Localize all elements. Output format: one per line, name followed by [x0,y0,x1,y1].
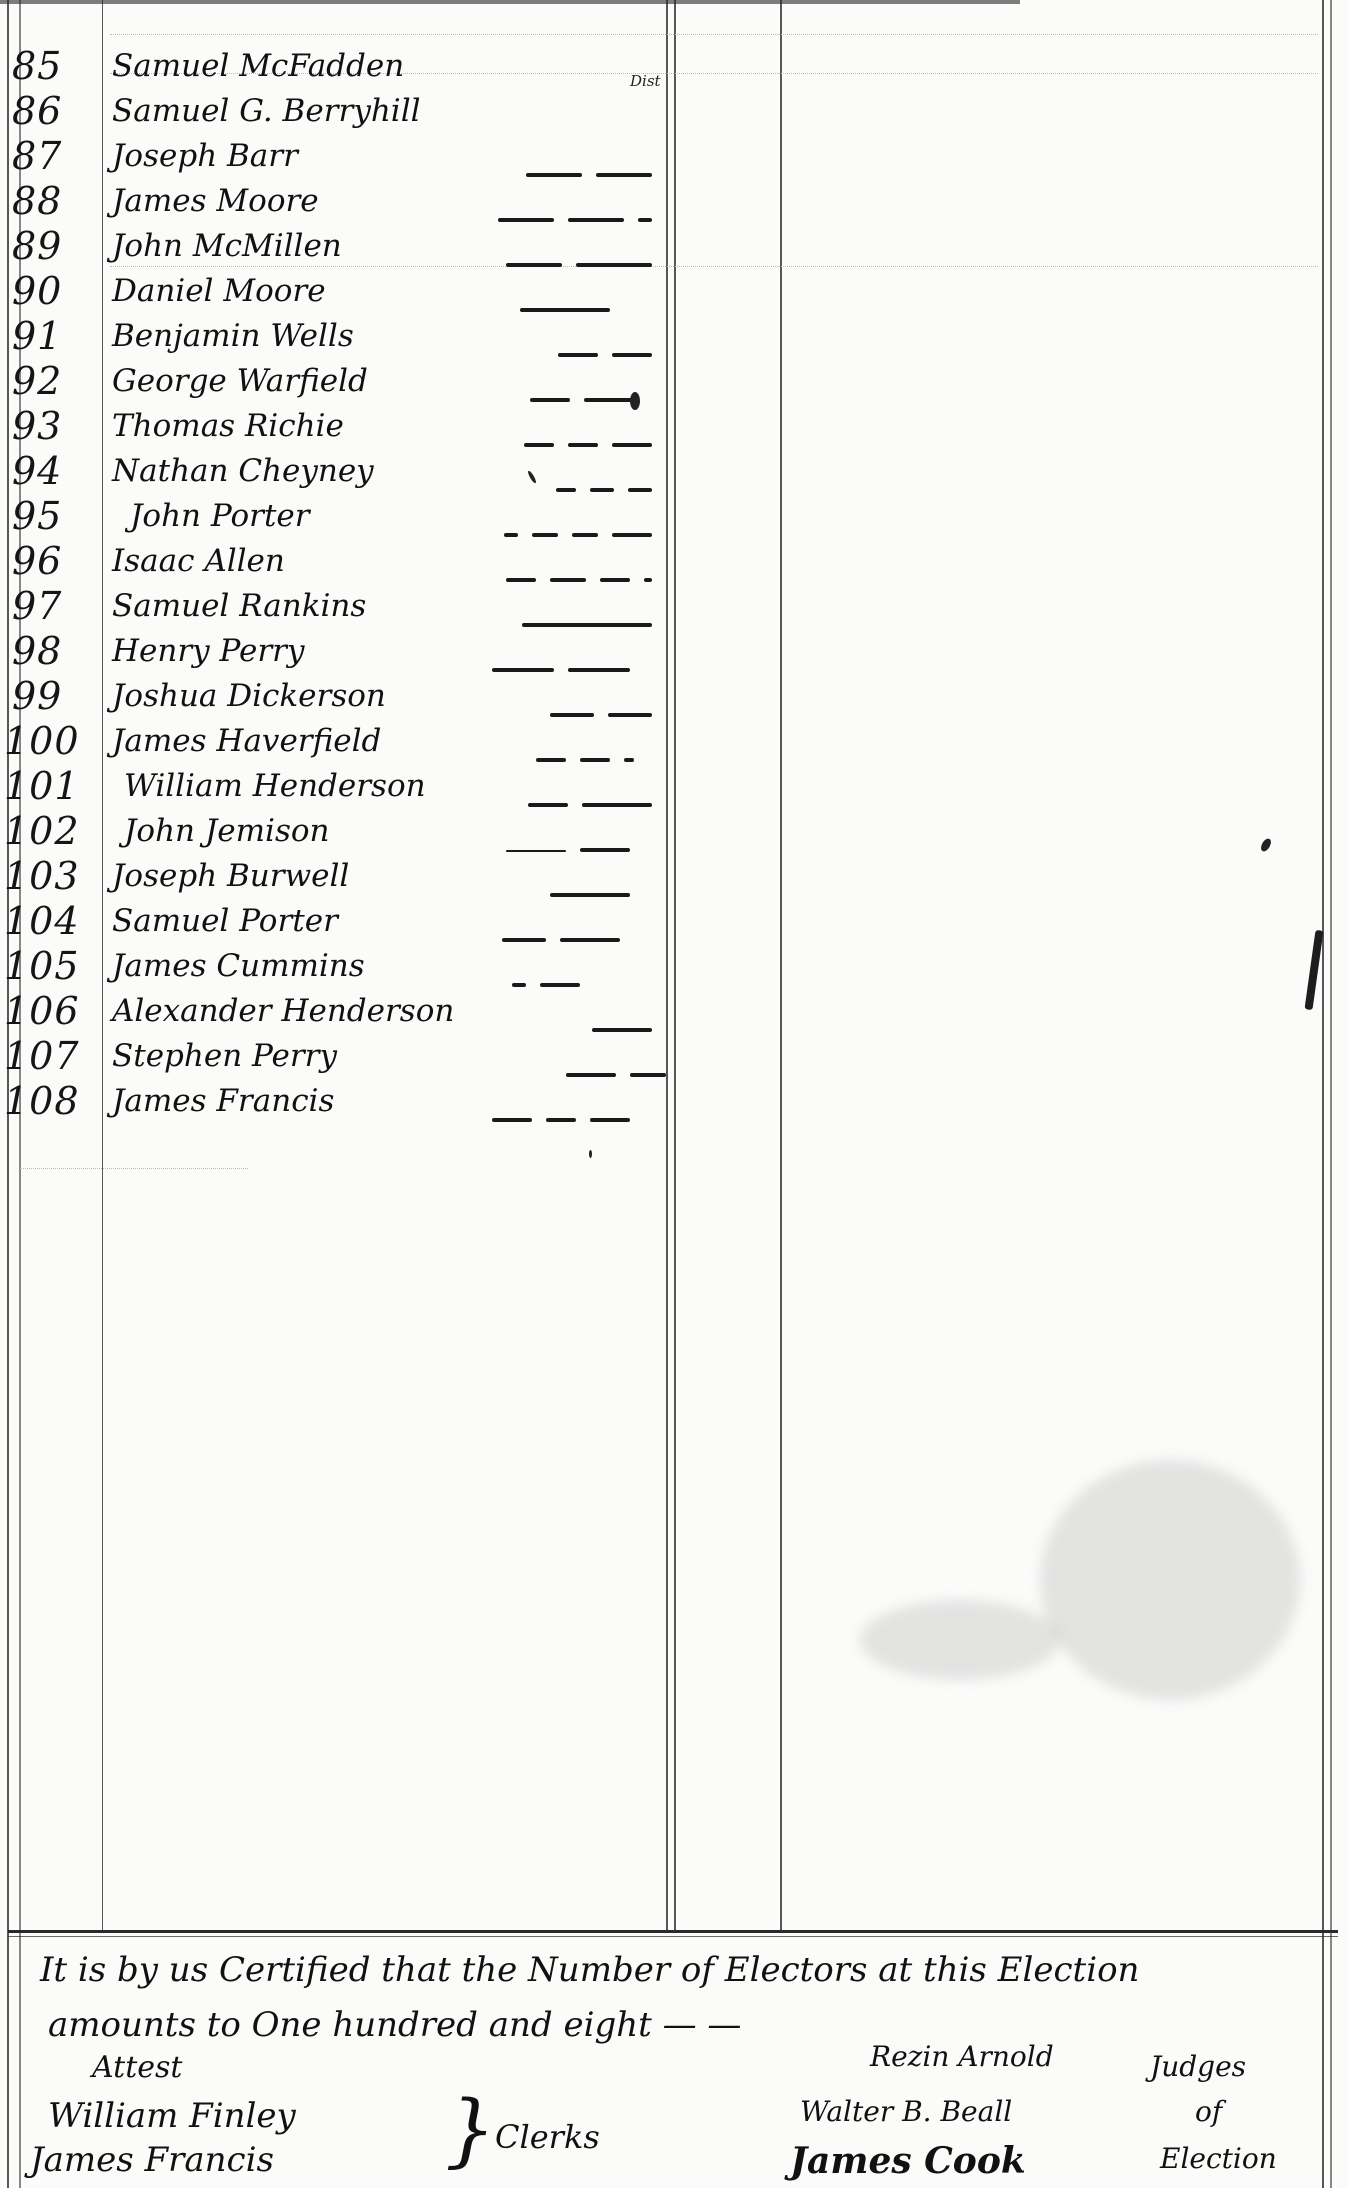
fill-dashes [490,522,652,526]
entry-name: James Haverfield [112,719,381,764]
ink-blot [630,392,640,410]
fill-dashes [512,162,652,166]
entry-name: George Warfield [112,359,368,404]
entry-name: John McMillen [112,224,342,269]
entry-number: 108 [4,1079,92,1124]
entry-name: Samuel Porter [112,899,338,944]
poll-book-page: 85 Samuel McFadden Dist 86 Samuel G. Ber… [0,0,1348,2188]
entry-number: 89 [12,224,100,269]
entry-name: John Porter [130,494,310,539]
entry-number: 107 [4,1034,92,1079]
entry-name: James Cummins [112,944,365,989]
entry-number: 100 [4,719,92,764]
entry-number: 104 [4,899,92,944]
list-item: 90 Daniel Moore [0,269,670,314]
entry-number: 94 [12,449,100,494]
entry-name: Alexander Henderson [112,989,454,1034]
list-item: 94 Nathan Cheyney [0,449,670,494]
entry-name: Thomas Richie [112,404,344,449]
judges-of-label: of [1195,2095,1222,2128]
judges-label: Judges [1150,2050,1246,2083]
fill-dashes [506,297,610,301]
paper-tear-edge [1304,930,1323,1010]
entry-number: 86 [12,89,100,134]
list-item: 87 Joseph Barr [0,134,670,179]
list-item: 86 Samuel G. Berryhill [0,89,670,134]
entry-number: 97 [12,584,100,629]
judges-election-label: Election [1160,2142,1277,2175]
clerk-brace: } [445,2090,496,2170]
entry-number: 91 [12,314,100,359]
entry-number: 85 [12,44,100,89]
fill-dashes [516,387,634,391]
entry-name: Nathan Cheyney [112,449,374,494]
entry-number: 106 [4,989,92,1034]
judge-signature-1: Rezin Arnold [870,2040,1054,2073]
certification-rule [8,1930,1338,1933]
list-item: 96 Isaac Allen [0,539,670,584]
fill-dashes [498,972,580,976]
ink-mark [589,1150,592,1158]
entry-number: 93 [12,404,100,449]
fill-dashes [488,927,620,931]
name-column-divider-inner [674,0,676,1932]
fill-dashes [578,1017,652,1021]
fill-dashes [542,477,652,481]
list-item: 99 Joshua Dickerson [0,674,670,719]
list-item: 95 John Porter [0,494,670,539]
entry-name: Joseph Burwell [112,854,349,899]
fill-dashes [492,252,652,256]
fill-dashes [510,432,652,436]
entry-name: Isaac Allen [112,539,285,584]
entry-name: John Jemison [124,809,330,854]
list-item: 91 Benjamin Wells [0,314,670,359]
entry-name: Stephen Perry [112,1034,337,1079]
ink-mark [1259,837,1273,853]
entry-name: Benjamin Wells [112,314,354,359]
list-item: 105 James Cummins [0,944,670,989]
entry-note: Dist [630,72,661,90]
entry-name: Samuel G. Berryhill [112,89,421,134]
entry-name: James Moore [112,179,319,224]
fill-dashes [492,837,630,841]
list-item: 104 Samuel Porter [0,899,670,944]
faint-rule [110,34,1318,36]
list-item: 89 John McMillen [0,224,670,269]
list-item: 107 Stephen Perry [0,1034,670,1079]
fill-dashes [484,207,652,211]
entry-name: William Henderson [124,764,426,809]
fill-dashes [478,1107,630,1111]
fill-dashes [552,1062,666,1066]
entry-number: 87 [12,134,100,179]
fill-dashes [544,342,652,346]
list-item: 92 George Warfield [0,359,670,404]
list-item: 85 Samuel McFadden Dist [0,44,670,89]
list-item: 101 William Henderson [0,764,670,809]
entry-number: 105 [4,944,92,989]
attest-label: Attest [92,2050,182,2085]
entry-number: 90 [12,269,100,314]
entry-name: Joseph Barr [112,134,298,179]
entry-name: Samuel McFadden [112,44,404,89]
judge-signature-2: Walter B. Beall [800,2095,1012,2128]
fill-dashes [522,747,634,751]
fill-dashes [536,882,630,886]
right-border-line-inner [1330,0,1332,2188]
entry-name: Joshua Dickerson [112,674,386,719]
clerk-signature-1: William Finley [48,2096,296,2136]
entry-number: 99 [12,674,100,719]
fill-dashes [492,567,652,571]
entry-number: 102 [4,809,92,854]
entry-number: 103 [4,854,92,899]
entry-number: 95 [12,494,100,539]
entry-number: 96 [12,539,100,584]
entry-name: Henry Perry [112,629,305,674]
list-item: 93 Thomas Richie [0,404,670,449]
list-item: 102 John Jemison [0,809,670,854]
middle-column-divider [780,0,782,1932]
entry-number: 98 [12,629,100,674]
certification-line-2: amounts to One hundred and eight — — [48,2005,741,2045]
fill-dashes [508,612,652,616]
certification-rule-inner [8,1936,1338,1937]
right-border-line [1322,0,1324,2188]
list-item: 88 James Moore [0,179,670,224]
judge-signature-3: James Cook [790,2140,1026,2182]
stain [860,1600,1060,1680]
list-item: 103 Joseph Burwell [0,854,670,899]
entry-number: 101 [4,764,92,809]
faint-rule [20,1168,248,1170]
fill-dashes [478,657,630,661]
entry-number: 88 [12,179,100,224]
entry-name: Daniel Moore [112,269,326,314]
certification-line-1: It is by us Certified that the Number of… [40,1950,1139,1990]
list-item: 98 Henry Perry [0,629,670,674]
list-item: 100 James Haverfield [0,719,670,764]
list-item: 106 Alexander Henderson [0,989,670,1034]
clerk-signature-2: James Francis [30,2140,274,2180]
entry-name: Samuel Rankins [112,584,366,629]
entry-number: 92 [12,359,100,404]
top-cut-header-rule [0,0,1020,4]
fill-dashes [536,702,652,706]
list-item: 97 Samuel Rankins [0,584,670,629]
fill-dashes [514,792,652,796]
clerks-label: Clerks [495,2118,600,2156]
stain [1040,1460,1300,1700]
list-item: 108 James Francis [0,1079,670,1124]
entry-name: James Francis [112,1079,334,1124]
